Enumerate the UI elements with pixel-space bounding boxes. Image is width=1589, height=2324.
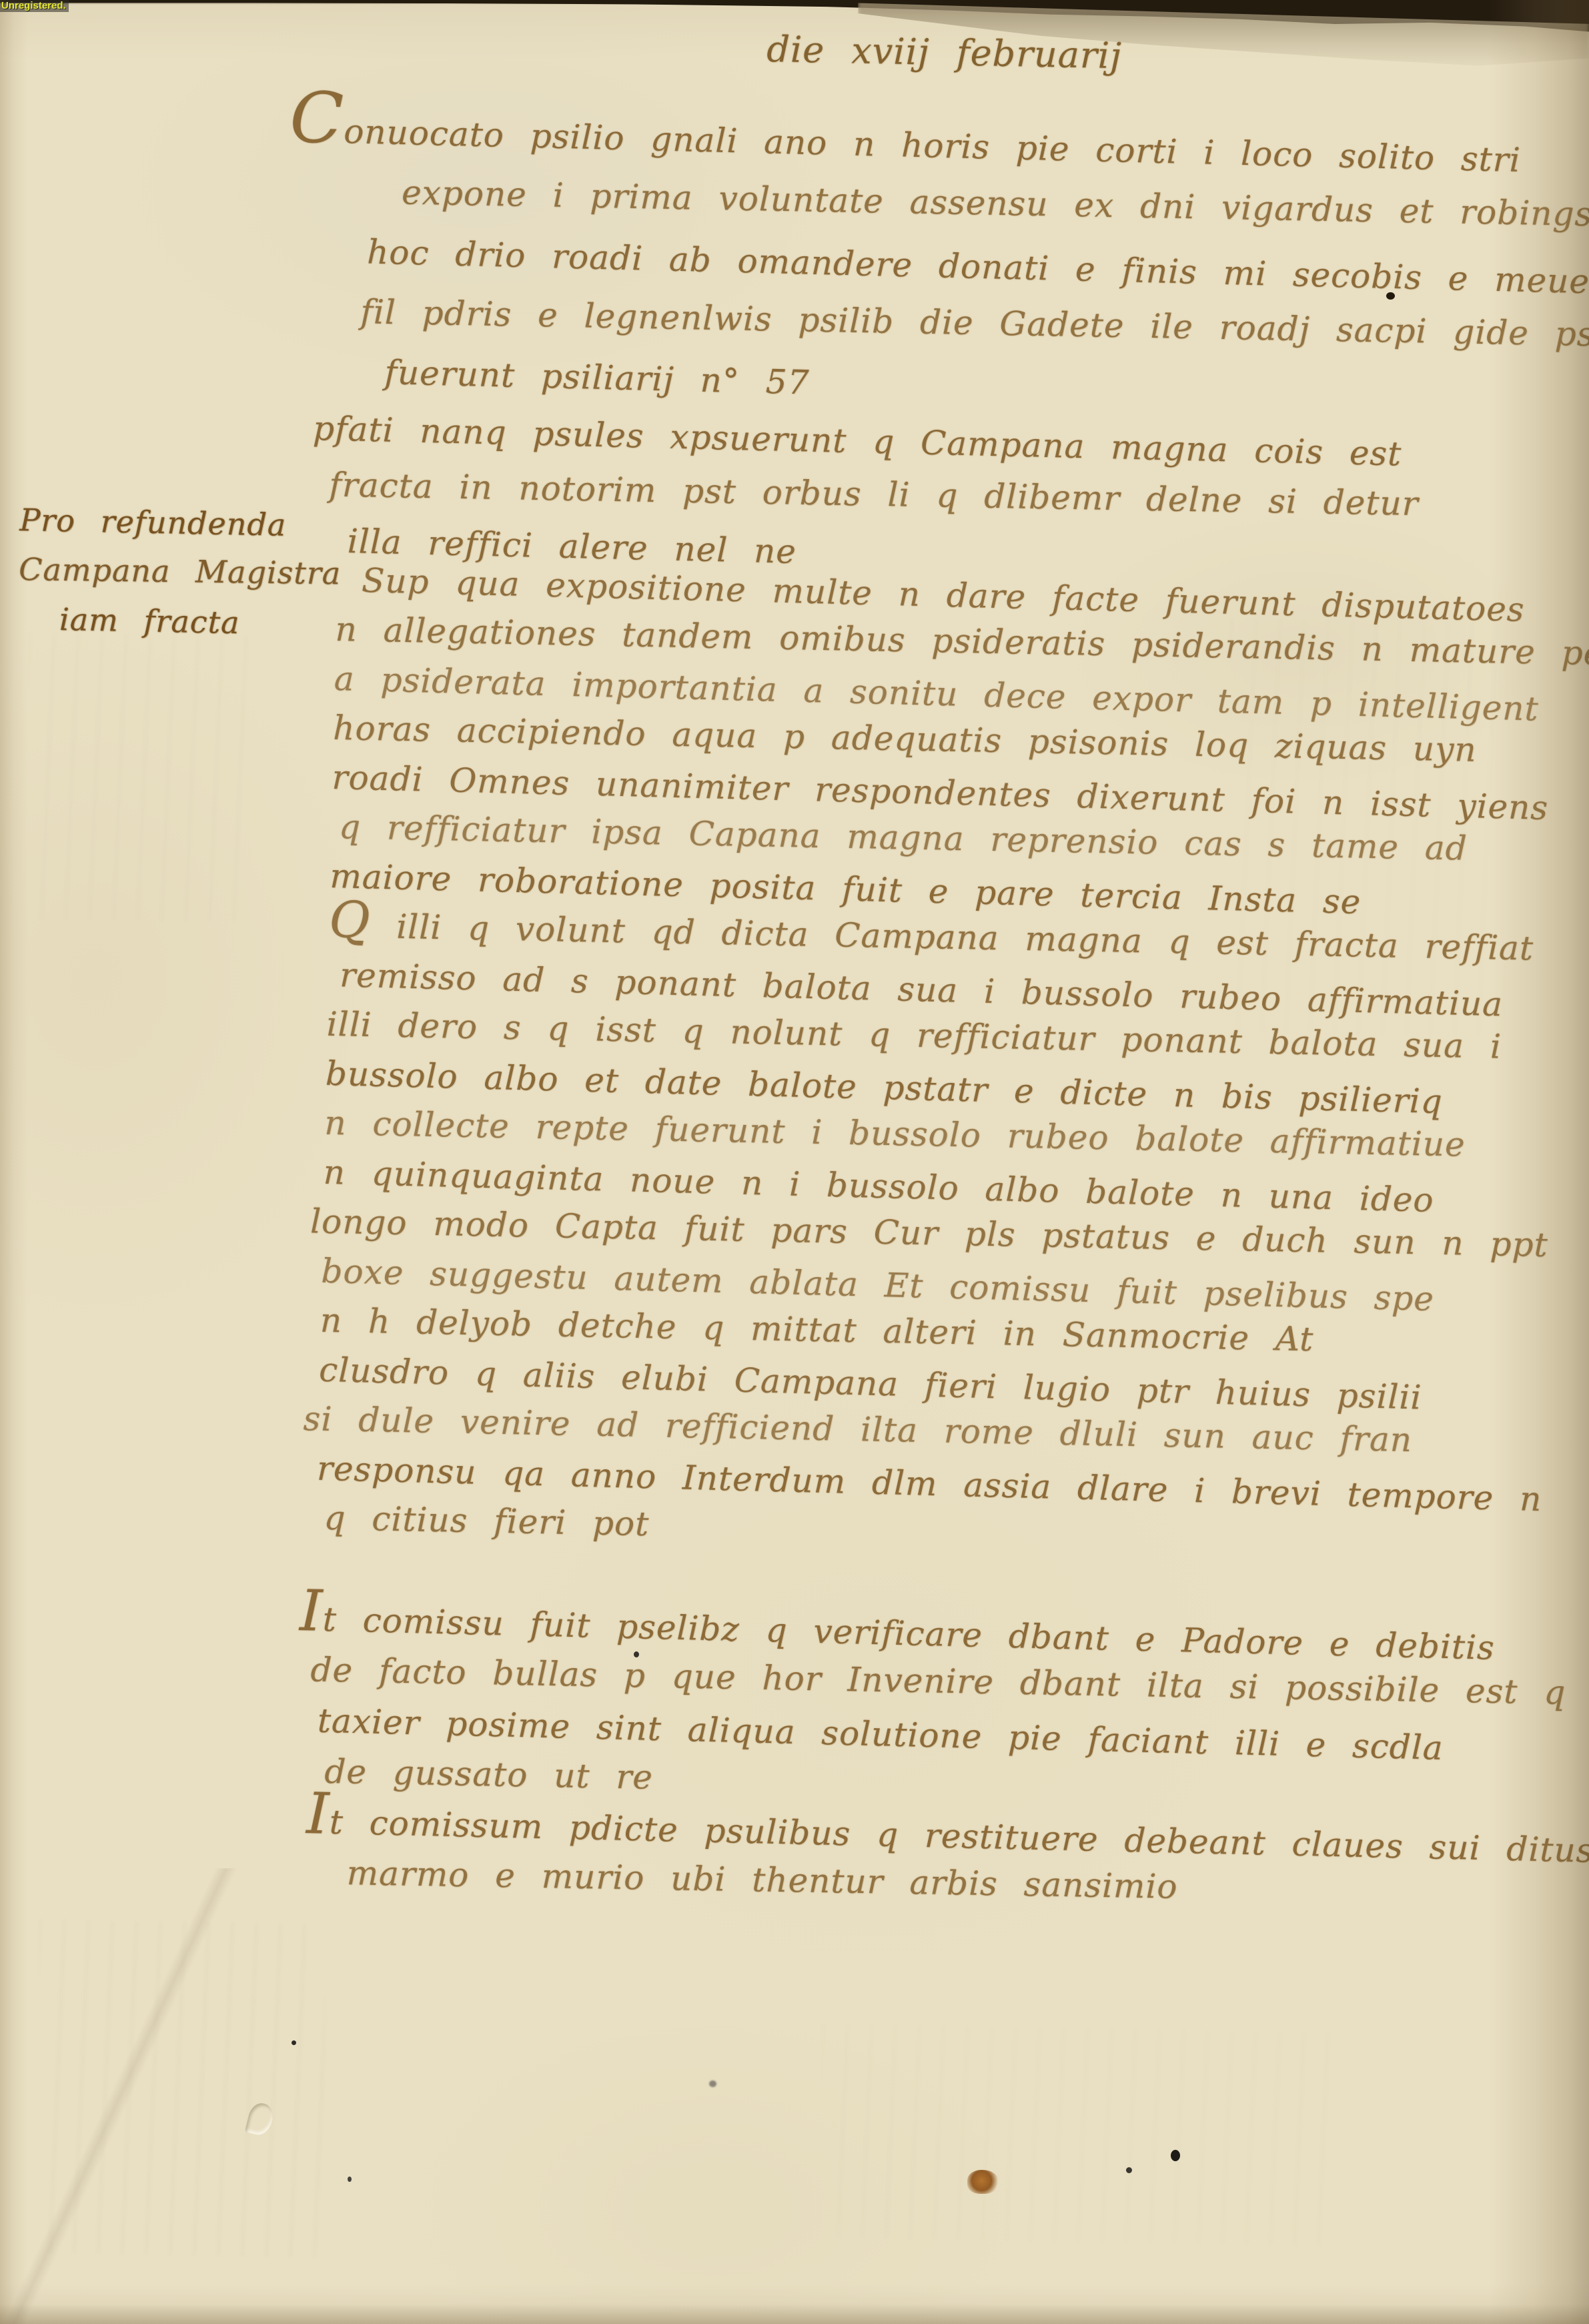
text-paragraph-1: Conuocato psilio gnali ano n horis pie c… xyxy=(284,100,1589,429)
manuscript-page: die xviij februarij Pro refundendaCampan… xyxy=(0,0,1589,2324)
page-edge-shadow-bottom xyxy=(0,2304,1589,2324)
ink-speck xyxy=(1126,2167,1132,2173)
paper-crease xyxy=(0,1868,294,2324)
text-paragraph-4: It comissu fuit pselibz q verificare dba… xyxy=(296,1593,1568,1823)
page-edge-shadow-left xyxy=(0,0,28,2324)
bleed-through xyxy=(819,2024,1329,2246)
bleed-through xyxy=(24,632,255,923)
text-paragraph-3: Sup qua expositione multe n dare facte f… xyxy=(316,555,1589,1572)
manuscript-text-line: Pro refundenda xyxy=(19,495,342,550)
ink-speck xyxy=(634,1651,639,1657)
manuscript-text-line: iam fracta xyxy=(59,595,340,649)
paper-stain xyxy=(967,2170,999,2194)
margin-note: Pro refundendaCampana Magistraiam fracta xyxy=(18,495,342,649)
page-edge-shadow-right xyxy=(1489,0,1589,2324)
manuscript-text-line: Campana Magistra xyxy=(19,544,342,598)
ink-speck xyxy=(1386,292,1395,300)
scan-watermark-label: Unregistered. xyxy=(0,0,69,12)
ink-speck xyxy=(1171,2150,1180,2161)
ink-speck xyxy=(709,2080,716,2087)
ink-speck xyxy=(348,2177,352,2182)
